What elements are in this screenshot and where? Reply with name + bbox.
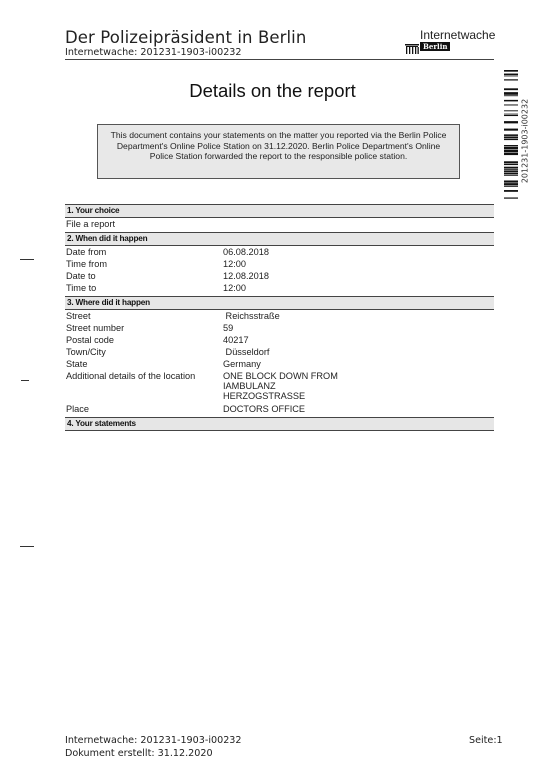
report-details: 1. Your choice File a report 2. When did… [65,204,494,431]
detail-label: Street number [65,322,223,334]
detail-row: StateGermany [65,358,494,370]
detail-label: Street [65,310,223,322]
reference-number: Internetwache: 201231-1903-i00232 [65,47,242,58]
detail-row: Street Reichsstraße [65,310,494,322]
footer-created-date: Dokument erstellt: 31.12.2020 [65,748,213,759]
detail-row: Date to12.08.2018 [65,270,494,282]
detail-label: Additional details of the location [65,371,223,401]
logo-badge: Berlin [420,42,450,51]
issuer-title: Der Polizeipräsident in Berlin [65,28,306,47]
detail-row: Postal code40217 [65,334,494,346]
header-divider [65,59,494,60]
fold-mark [20,259,34,260]
section-heading: 4. Your statements [65,417,494,431]
detail-label: State [65,358,223,370]
detail-value: 40217 [223,334,494,346]
detail-value: Düsseldorf [223,346,494,358]
detail-value: 59 [223,322,494,334]
section-heading: 2. When did it happen [65,232,494,246]
footer-reference: Internetwache: 201231-1903-i00232 [65,735,242,746]
page-number: Seite:1 [469,735,503,746]
fold-mark [20,546,34,547]
detail-value: Reichsstraße [223,310,494,322]
detail-value: 12.08.2018 [223,270,494,282]
logo-text: Internetwache [420,28,495,42]
detail-row: Town/City Düsseldorf [65,346,494,358]
detail-label: Place [65,403,223,415]
detail-value: ONE BLOCK DOWN FROM IAMBULANZ HERZOGSTRA… [223,371,494,401]
detail-row: Additional details of the locationONE BL… [65,370,494,403]
detail-label: Time to [65,282,223,294]
punch-mark [21,380,29,381]
detail-label: Date from [65,246,223,258]
detail-row: PlaceDOCTORS OFFICE [65,403,494,415]
detail-value: DOCTORS OFFICE [223,403,494,415]
detail-value: 12:00 [223,258,494,270]
detail-row: Street number59 [65,322,494,334]
detail-label: Date to [65,270,223,282]
choice-value: File a report [65,218,494,232]
detail-row: Date from06.08.2018 [65,246,494,258]
detail-label: Town/City [65,346,223,358]
detail-value: 12:00 [223,282,494,294]
section-heading: 3. Where did it happen [65,296,494,310]
detail-label: Postal code [65,334,223,346]
detail-label: Time from [65,258,223,270]
detail-value: 06.08.2018 [223,246,494,258]
brandenburg-gate-icon [405,44,419,54]
detail-row: Time from12:00 [65,258,494,270]
detail-row: Time to12:00 [65,282,494,294]
barcode-text: 201231-1903-i00232 [521,98,530,182]
section-heading: 1. Your choice [65,204,494,218]
notice-box: This document contains your statements o… [97,124,460,179]
document-title: Details on the report [0,80,545,102]
detail-value: Germany [223,358,494,370]
